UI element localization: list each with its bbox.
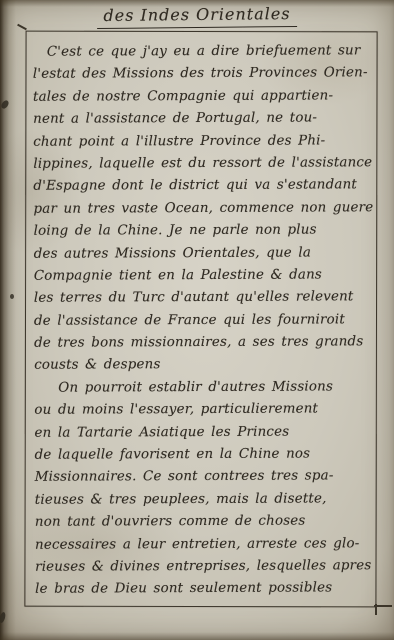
page-title: des Indes Orientales	[97, 4, 297, 29]
manuscript-line: Compagnie tient en la Palestine & dans	[34, 264, 370, 288]
manuscript-line: le bras de Dieu sont seulement possibles	[35, 578, 371, 602]
page-bottom-edge	[0, 632, 394, 640]
manuscript-line: en la Tartarie Asiatique les Princes	[34, 421, 370, 445]
manuscript-line: chant point a l'illustre Province des Ph…	[33, 130, 369, 154]
manuscript-line: C'est ce que j'ay eu a dire briefuement …	[33, 40, 369, 64]
manuscript-line: les terres du Turc d'autant qu'elles rel…	[34, 287, 370, 311]
manuscript-line: On pourroit establir d'autres Missions	[34, 376, 370, 400]
manuscript-line: tieuses & tres peuplees, mais la disette…	[35, 488, 371, 512]
manuscript-line: Missionnaires. Ce sont contrees tres spa…	[35, 466, 371, 490]
manuscript-line: ou du moins l'essayer, particulierement	[34, 399, 370, 423]
manuscript-line: rieuses & divines entreprises, lesquelle…	[35, 555, 371, 579]
paragraph-2: On pourroit establir d'autres Missions o…	[34, 376, 371, 601]
manuscript-line: necessaires a leur entretien, arreste ce…	[35, 533, 371, 557]
manuscript-text: C'est ce que j'ay eu a dire briefuement …	[33, 40, 371, 601]
frame-overshoot-topleft	[17, 24, 27, 30]
paragraph-1: C'est ce que j'ay eu a dire briefuement …	[33, 40, 370, 377]
ink-mark-margin-dot	[10, 294, 14, 299]
manuscript-line: l'estat des Missions des trois Provinces…	[33, 63, 369, 87]
manuscript-line: de laquelle favorisent en la Chine nos	[35, 443, 371, 467]
manuscript-line: cousts & despens	[34, 354, 370, 378]
manuscript-line: de l'assistance de France qui les fourni…	[34, 309, 370, 333]
manuscript-page: des Indes Orientales C'est ce que j'ay e…	[0, 0, 394, 640]
manuscript-line: des autres Missions Orientales, que la	[34, 242, 370, 266]
manuscript-line: de tres bons missionnaires, a ses tres g…	[34, 331, 370, 355]
manuscript-line: par un tres vaste Ocean, commence non gu…	[33, 197, 369, 221]
manuscript-line: lippines, laquelle est du ressort de l'a…	[33, 152, 369, 176]
manuscript-line: d'Espagne dont le district qui va s'esta…	[33, 175, 369, 199]
manuscript-line: loing de la Chine. Je ne parle non plus	[34, 219, 370, 243]
binding-edge-shadow	[0, 0, 16, 640]
manuscript-line: nent a l'assistance de Portugal, ne tou-	[33, 107, 369, 131]
manuscript-line: non tant d'ouvriers comme de choses	[35, 510, 371, 534]
frame-overshoot-right	[375, 604, 377, 615]
manuscript-line: tales de nostre Compagnie qui appartien-	[33, 85, 369, 109]
